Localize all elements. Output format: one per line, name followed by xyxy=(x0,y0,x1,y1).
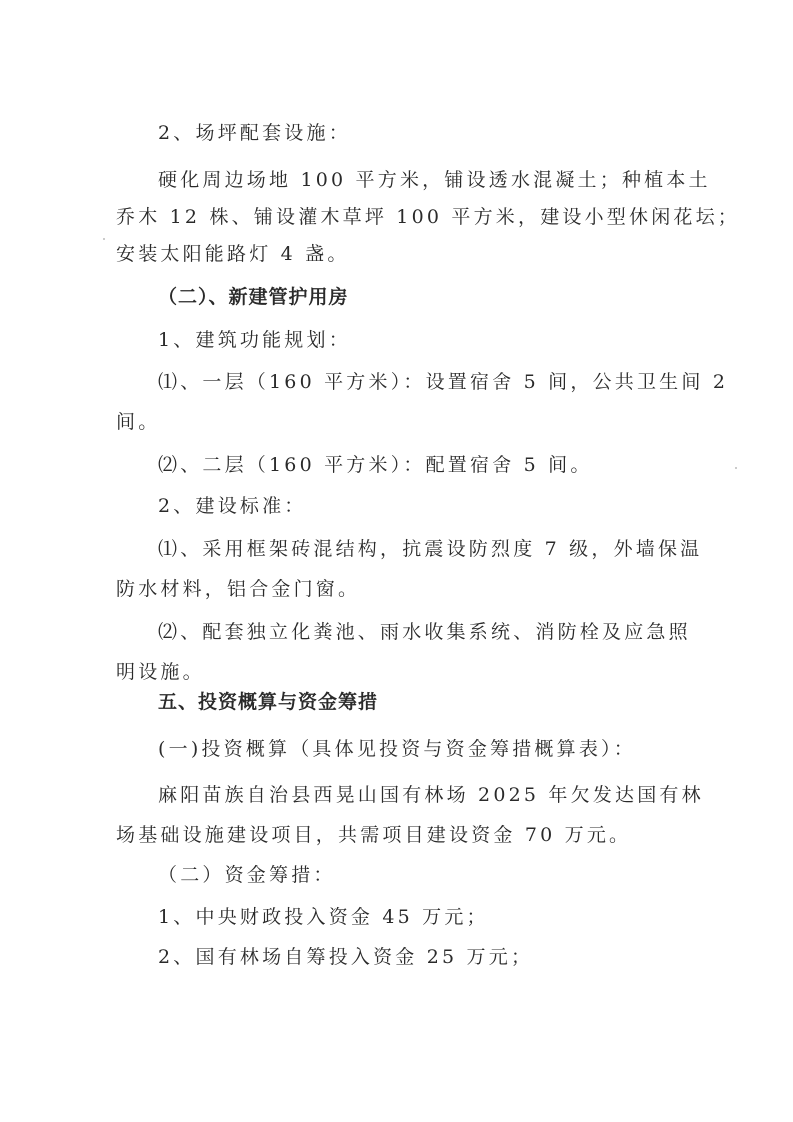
text-line: 防水材料，铝合金门窗。 xyxy=(116,577,360,601)
text-line: 乔木 12 株、铺设灌木草坪 100 平方米，建设小型休闲花坛； xyxy=(116,205,740,229)
text-line: ⑵、二层（160 平方米）：配置宿舍 5 间。 xyxy=(158,453,593,477)
text-line: ⑴、采用框架砖混结构，抗震设防烈度 7 级，外墙保温 xyxy=(158,537,702,561)
text-line: (一)投资概算（具体见投资与资金筹措概算表）： xyxy=(158,737,636,761)
text-line: 明设施。 xyxy=(116,660,205,684)
scan-speck xyxy=(103,238,105,240)
text-line: ⑵、配套独立化粪池、雨水收集系统、消防栓及应急照 xyxy=(158,620,691,644)
text-line: ⑴、一层（160 平方米）：设置宿舍 5 间，公共卫生间 2 xyxy=(158,370,728,394)
text-line: 2、建设标准： xyxy=(158,494,307,518)
text-line: 安装太阳能路灯 4 盏。 xyxy=(116,242,350,266)
text-line: 1、中央财政投入资金 45 万元； xyxy=(158,905,489,929)
text-line: 场基础设施建设项目，共需项目建设资金 70 万元。 xyxy=(116,823,631,847)
section-heading: （二）、新建管护用房 xyxy=(158,285,349,309)
text-line: 麻阳苗族自治县西晃山国有林场 2025 年欠发达国有林 xyxy=(158,783,704,807)
text-line: 2、场坪配套设施： xyxy=(158,121,351,145)
text-line: 硬化周边场地 100 平方米，铺设透水混凝土；种植本土 xyxy=(158,168,711,192)
text-line: 1、建筑功能规划： xyxy=(158,328,351,352)
scan-speck xyxy=(735,467,737,469)
document-page: 2、场坪配套设施： 硬化周边场地 100 平方米，铺设透水混凝土；种植本土 乔木… xyxy=(0,0,793,1122)
text-line: 2、国有林场自筹投入资金 25 万元； xyxy=(158,945,533,969)
section-heading: 五、投资概算与资金筹措 xyxy=(158,690,378,714)
text-line: （二）资金筹措： xyxy=(158,863,336,887)
text-line: 间。 xyxy=(116,410,160,434)
